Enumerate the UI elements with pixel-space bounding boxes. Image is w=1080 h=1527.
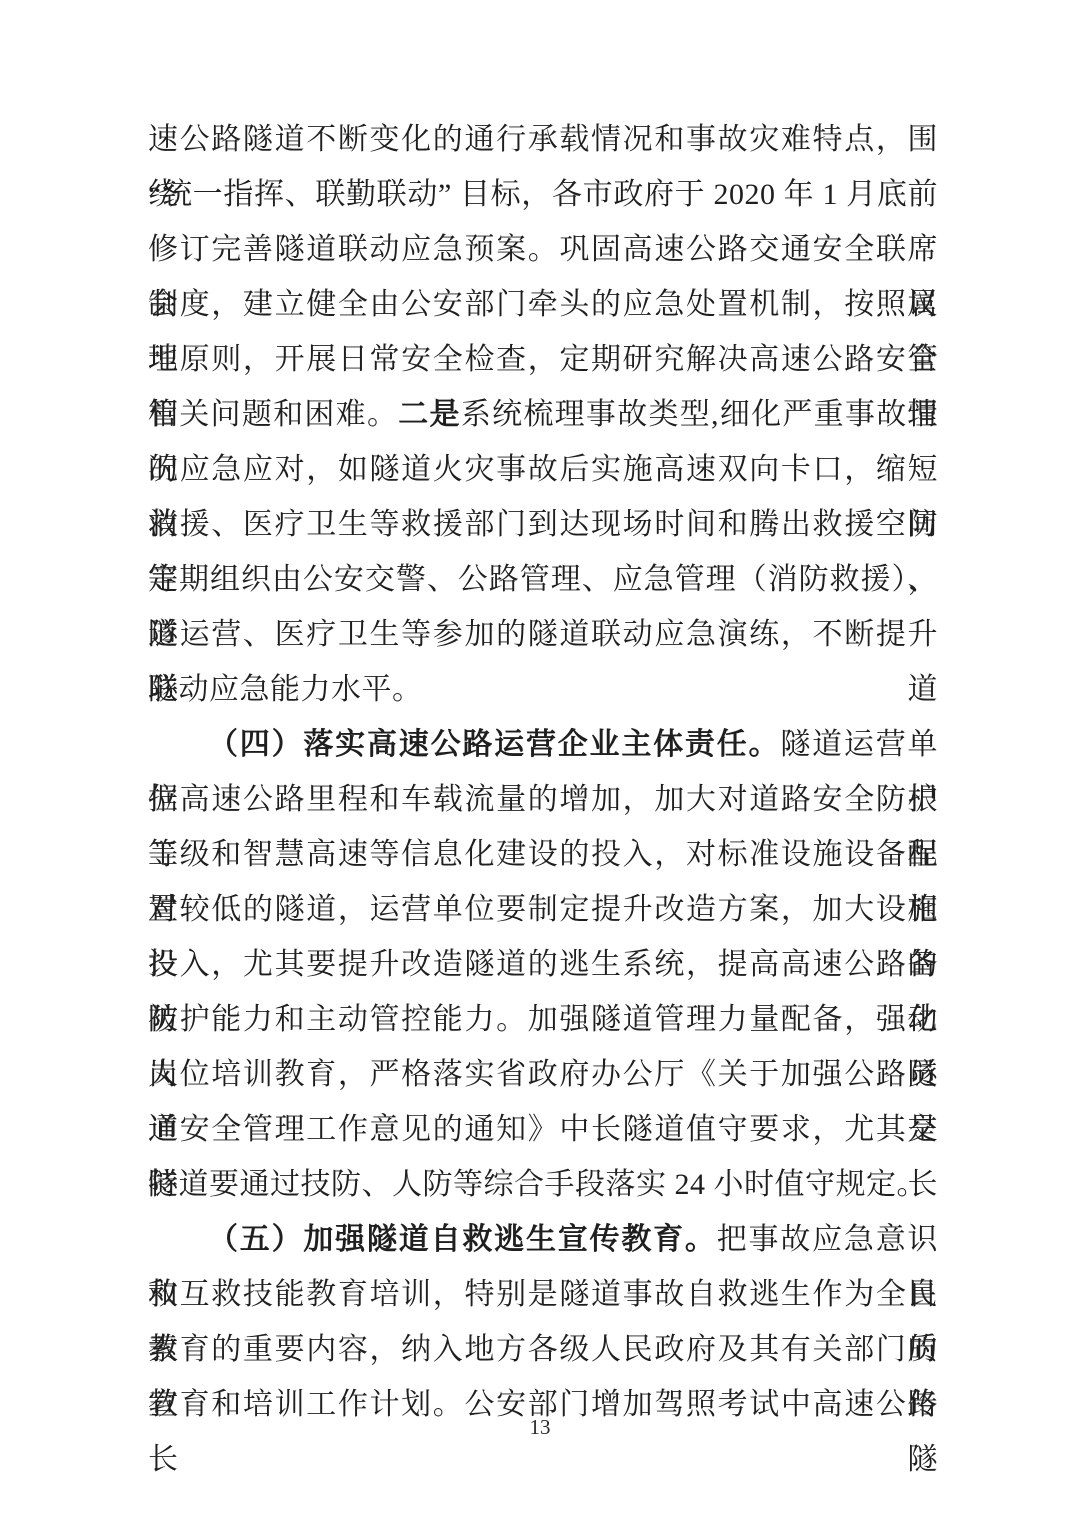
text-line: 投入，尤其要提升改造隧道的逃生系统，提高高速公路的被动 [148, 937, 938, 992]
body-text: 联动应急能力水平。 [148, 673, 423, 706]
text-line: 制度，建立健全由公安部门牵头的应急处置机制，按照属地管 [148, 277, 938, 332]
text-line: 定期组织由公安交警、公路管理、应急管理（消防救援）、隧 [148, 552, 938, 607]
body-text: 隧道要通过技防、人防等综合手段落实 24 小时值守规定。 [148, 1168, 927, 1201]
text-line: 的应急应对，如隧道火灾事故后实施高速双向卡口，缩短消防 [148, 442, 938, 497]
text-line: 等级和智慧高速等信息化建设的投入，对标准设施设备配置相 [148, 827, 938, 882]
text-line: 通安全管理工作意见的通知》中长隧道值守要求，尤其是特长 [148, 1102, 938, 1157]
page-number: 13 [0, 1412, 1080, 1442]
text-line: “统一指挥、联勤联动” 目标，各市政府于 2020 年 1 月底前 [148, 167, 938, 222]
text-line: 据高速公路里程和车载流量的增加，加大对道路安全防护工程 [148, 772, 938, 827]
text-line: 隧道要通过技防、人防等综合手段落实 24 小时值守规定。 [148, 1157, 938, 1212]
text-line: （五）加强隧道自救逃生宣传教育。把事故应急意识和自 [148, 1212, 938, 1267]
text-line: 对较低的隧道，运营单位要制定提升改造方案，加大设施设备 [148, 882, 938, 937]
text-line: 修订完善隧道联动应急预案。巩固高速公路交通安全联席会议 [148, 222, 938, 277]
document-body: 速公路隧道不断变化的通行承载情况和事故灾难特点，围绕“统一指挥、联勤联动” 目标… [148, 112, 938, 1432]
text-line: 救援、医疗卫生等救援部门到达现场时间和腾出救援空间等， [148, 497, 938, 552]
bold-text: 二是 [398, 398, 461, 431]
text-line: 理原则，开展日常安全检查，定期研究解决高速公路安全管理 [148, 332, 938, 387]
text-line: 教育的重要内容，纳入地方各级人民政府及其有关部门的宣传 [148, 1322, 938, 1377]
document-page: 速公路隧道不断变化的通行承载情况和事故灾难特点，围绕“统一指挥、联勤联动” 目标… [0, 0, 1080, 1527]
text-line: 救互救技能教育培训，特别是隧道事故自救逃生作为全民素质 [148, 1267, 938, 1322]
text-line: 防护能力和主动管控能力。加强隧道管理力量配备，强化人员 [148, 992, 938, 1047]
text-line: 速公路隧道不断变化的通行承载情况和事故灾难特点，围绕 [148, 112, 938, 167]
text-line: （四）落实高速公路运营企业主体责任。隧道运营单位根 [148, 717, 938, 772]
body-text: 相关问题和困难。 [148, 398, 398, 431]
text-line: 岗位培训教育，严格落实省政府办公厅《关于加强公路隧道交 [148, 1047, 938, 1102]
text-line: 相关问题和困难。二是系统梳理事故类型,细化严重事故情况 [148, 387, 938, 442]
text-line: 道运营、医疗卫生等参加的隧道联动应急演练，不断提升隧道 [148, 607, 938, 662]
bold-text: （四）落实高速公路运营企业主体责任。 [208, 728, 780, 761]
bold-text: （五）加强隧道自救逃生宣传教育。 [208, 1223, 717, 1256]
body-text: “统一指挥、联勤联动” 目标，各市政府于 2020 年 1 月底前 [148, 178, 938, 211]
